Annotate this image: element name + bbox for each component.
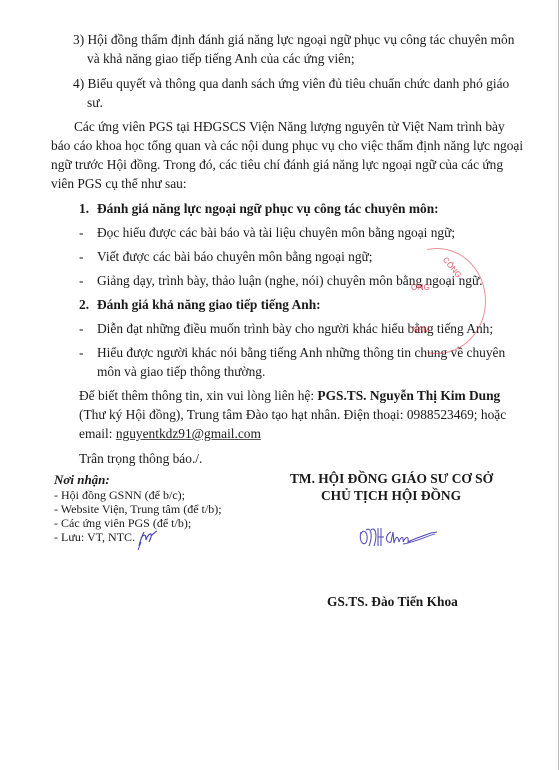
intro-line2: báo cáo khoa học tổng quan và các nội du… bbox=[51, 138, 523, 154]
signature-title-line2: CHỦ TỊCH HỘI ĐỒNG bbox=[321, 488, 461, 504]
recipient-item: - Lưu: VT, NTC. bbox=[54, 530, 135, 544]
bullet-dash: - bbox=[79, 345, 83, 361]
bullet-dash: - bbox=[79, 249, 83, 265]
criterion-2-item-2-cont: môn và giao tiếp thông thường. bbox=[97, 364, 265, 380]
stamp-text-2: ỢNG bbox=[411, 283, 430, 292]
recipient-item: - Hội đồng GSNN (để b/c); bbox=[54, 488, 185, 502]
criterion-2-number: 2. bbox=[79, 297, 89, 313]
contact-prefix: Để biết thêm thông tin, xin vui lòng liê… bbox=[79, 388, 317, 403]
document-page: 3) Hội đồng thẩm định đánh giá năng lực … bbox=[0, 0, 560, 770]
closing-text: Trân trọng thông báo./. bbox=[79, 451, 202, 467]
signatory-name: GS.TS. Đào Tiến Khoa bbox=[327, 594, 458, 610]
criterion-1-title: Đánh giá năng lực ngoại ngữ phục vụ công… bbox=[97, 201, 439, 217]
agenda-item-4-line2: sư. bbox=[87, 95, 103, 111]
contact-line1: Để biết thêm thông tin, xin vui lòng liê… bbox=[79, 388, 500, 404]
official-stamp bbox=[388, 248, 486, 354]
contact-line2: (Thư ký Hội đồng), Trung tâm Đào tạo hạt… bbox=[79, 407, 506, 423]
criterion-2-title: Đánh giá khả năng giao tiếp tiếng Anh: bbox=[97, 297, 321, 313]
criterion-1-item-1: Đọc hiểu được các bài báo và tài liệu ch… bbox=[97, 225, 455, 241]
contact-name: PGS.TS. Nguyễn Thị Kim Dung bbox=[317, 388, 500, 403]
contact-line3: email: nguyentkdz91@gmail.com bbox=[79, 426, 261, 442]
handwritten-initials bbox=[135, 528, 159, 552]
signature-title-line1: TM. HỘI ĐỒNG GIÁO SƯ CƠ SỞ bbox=[290, 471, 493, 487]
intro-line3: ngữ trước Hội đồng. Trong đó, các tiêu c… bbox=[51, 157, 503, 173]
bullet-dash: - bbox=[79, 321, 83, 337]
criterion-1-item-2: Viết được các bài báo chuyên môn bằng ng… bbox=[97, 249, 373, 265]
agenda-item-4-line1: 4) Biểu quyết và thông qua danh sách ứng… bbox=[73, 76, 509, 92]
recipient-item: - Website Viện, Trung tâm (để t/b); bbox=[54, 502, 222, 516]
criterion-1-number: 1. bbox=[79, 201, 89, 217]
recipient-item: - Các ứng viên PGS (để t/b); bbox=[54, 516, 191, 530]
stamp-text-3: NAM bbox=[412, 325, 430, 334]
bullet-dash: - bbox=[79, 225, 83, 241]
email-label: email: bbox=[79, 426, 116, 441]
handwritten-signature bbox=[357, 522, 447, 552]
bullet-dash: - bbox=[79, 273, 83, 289]
agenda-item-3-line1: 3) Hội đồng thẩm định đánh giá năng lực … bbox=[73, 32, 514, 48]
intro-line1: Các ứng viên PGS tại HĐGSCS Viện Năng lư… bbox=[74, 119, 505, 135]
intro-line4: viên PGS cụ thể như sau: bbox=[51, 176, 187, 192]
agenda-item-3-line2: và khả năng giao tiếp tiếng Anh của các … bbox=[87, 51, 355, 67]
recipients-title: Nơi nhận: bbox=[54, 472, 110, 488]
email-link[interactable]: nguyentkdz91@gmail.com bbox=[116, 426, 261, 441]
